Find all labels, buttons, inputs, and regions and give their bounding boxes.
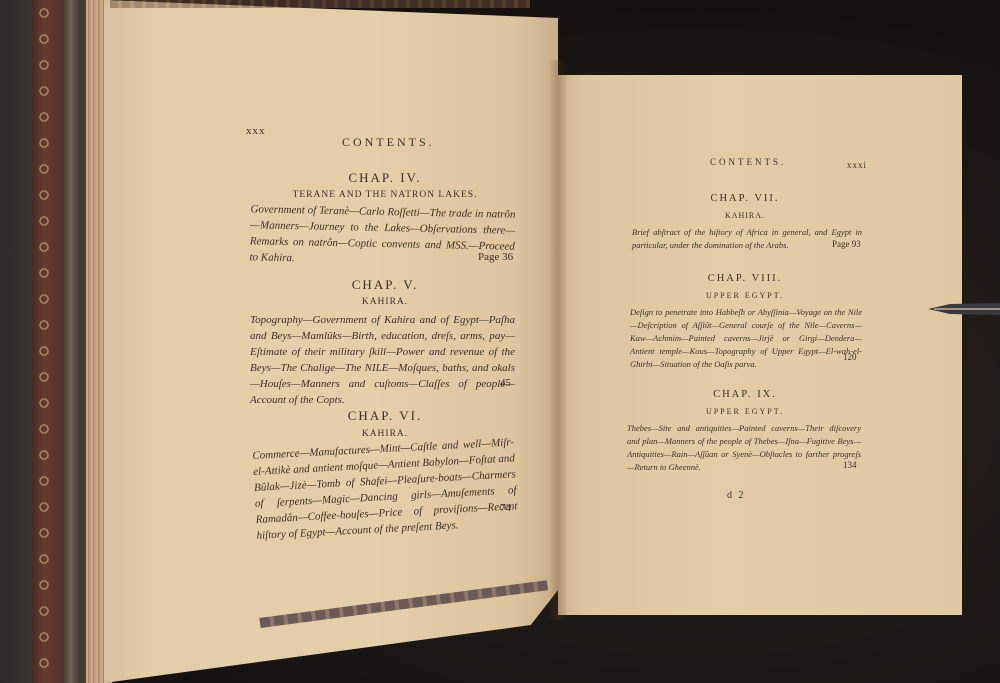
cover-top-edge — [110, 0, 530, 8]
left-running-head: CONTENTS. — [342, 135, 435, 150]
marbled-board — [64, 0, 88, 683]
chapter-title: UPPER EGYPT. — [630, 407, 860, 416]
book-gutter — [548, 60, 568, 620]
chapter-page-number: 134 — [843, 460, 857, 470]
right-folio-number: xxxi — [847, 160, 867, 170]
chapter-summary: Deſign to penetrate into Habbeſh or Abyſ… — [630, 306, 862, 371]
chapter-page-number: Page 93 — [832, 239, 861, 249]
chapter-title: TERANE AND THE NATRON LAKES. — [250, 190, 520, 200]
chapter-title: KAHIRA. — [630, 211, 860, 220]
chapter-heading: CHAP. VIII. — [630, 273, 860, 284]
chapter-page-number: Page 36 — [478, 251, 513, 263]
chapter-title: KAHIRA. — [250, 297, 520, 307]
chapter-heading: CHAP. VII. — [630, 193, 860, 204]
chapter-summary: Topography—Government of Kahira and of E… — [250, 312, 515, 408]
right-running-head: CONTENTS. — [710, 157, 786, 167]
chapter-heading: CHAP. VI. — [250, 408, 520, 424]
signature-mark: d 2 — [727, 490, 746, 501]
chapter-heading: CHAP. V. — [250, 277, 520, 293]
chapter-summary: Government of Teranè—Carlo Roſſetti—The … — [249, 201, 515, 271]
chapter-heading: CHAP. IX. — [630, 389, 860, 400]
chapter-summary: Thebes—Site and antiquities—Painted cave… — [627, 422, 861, 474]
left-folio-number: xxx — [246, 125, 266, 137]
chapter-heading: CHAP. IV. — [250, 170, 520, 186]
chapter-page-number: 74 — [500, 502, 511, 514]
page-pointer-blade-icon — [928, 302, 1000, 316]
chapter-page-number: 120 — [843, 352, 857, 362]
gilt-tooling-decoration — [38, 0, 50, 683]
chapter-page-number: 45 — [500, 377, 511, 389]
chapter-title: UPPER EGYPT. — [630, 291, 860, 300]
chapter-summary: Commerce—Manufactures—Mint—Caſtle and we… — [252, 434, 519, 544]
chapter-summary: Brief abſtract of the hiſtory of Africa … — [632, 226, 862, 252]
